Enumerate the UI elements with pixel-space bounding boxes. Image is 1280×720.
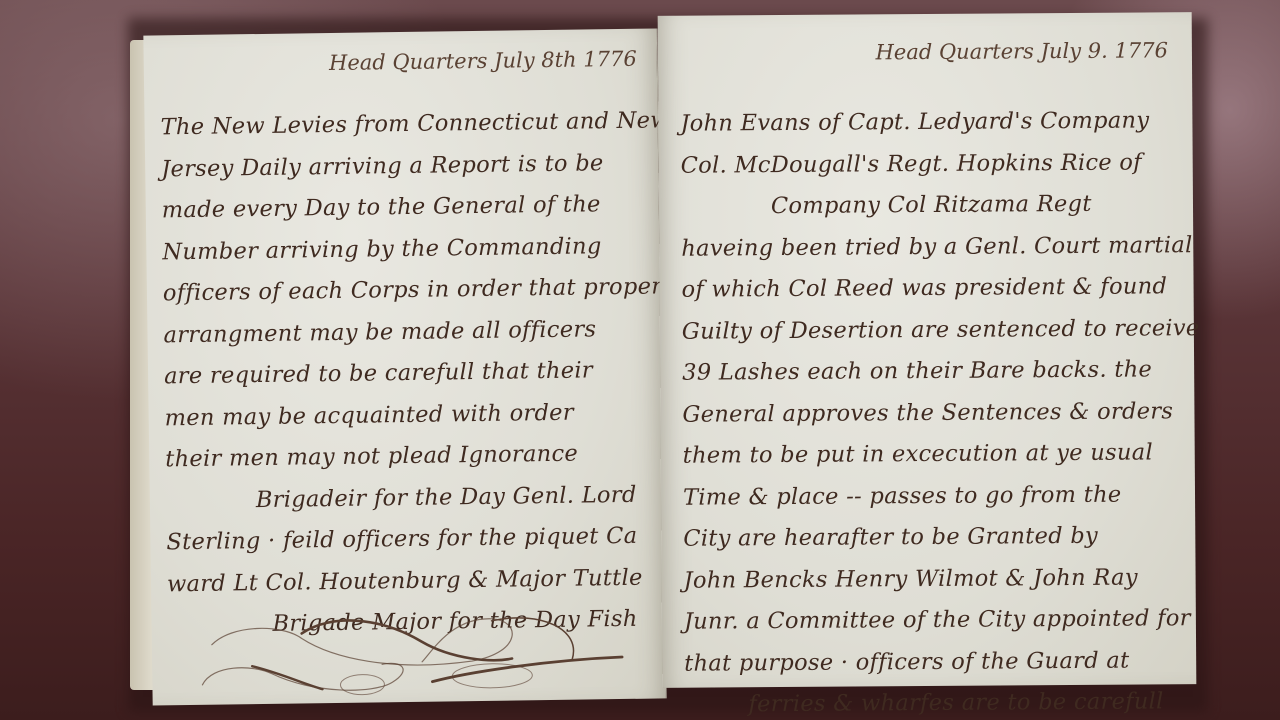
- text-line: officers of each Corps in order that pro…: [163, 266, 661, 314]
- text-line: Junr. a Committee of the City appointed …: [684, 598, 1196, 643]
- text-line: their men may not plead Ignorance: [165, 432, 663, 480]
- text-line: Col. McDougall's Regt. Hopkins Rice of: [681, 142, 1193, 187]
- text-line: haveing been tried by a Genl. Court mart…: [681, 225, 1193, 270]
- text-line: made every Day to the General of the: [162, 183, 660, 231]
- text-line: City are hearafter to be Granted by: [683, 515, 1195, 560]
- text-line: ward Lt Col. Houtenburg & Major Tuttle: [167, 557, 665, 605]
- text-line: of which Col Reed was president & found: [681, 266, 1193, 311]
- text-line: arrangment may be made all officers: [163, 308, 661, 356]
- text-line: 39 Lashes each on their Bare backs. the: [682, 349, 1194, 394]
- text-line: General approves the Sentences & orders: [682, 391, 1194, 436]
- text-line: John Evans of Capt. Ledyard's Company: [680, 100, 1192, 145]
- text-line: them to be put in excecution at ye usual: [683, 432, 1195, 477]
- text-line: Company Col Ritzama Regt: [681, 183, 1193, 228]
- left-page: Head Quarters July 8th 1776 The New Levi…: [143, 28, 666, 705]
- text-line: John Bencks Henry Wilmot & John Ray: [683, 557, 1195, 602]
- left-page-heading: Head Quarters July 8th 1776: [329, 47, 637, 75]
- text-line: men may be acquainted with order: [164, 391, 662, 439]
- pen-flourish-decoration: [191, 599, 652, 705]
- text-line: Guilty of Desertion are sentenced to rec…: [682, 308, 1194, 353]
- left-page-text: The New Levies from Connecticut and New …: [144, 100, 664, 647]
- text-line: Jersey Daily arriving a Report is to be: [161, 142, 659, 190]
- text-line: Number arriving by the Commanding: [162, 225, 660, 273]
- text-line: Brigadeir for the Day Genl. Lord: [166, 474, 664, 522]
- text-line: that purpose · officers of the Guard at: [684, 640, 1196, 685]
- text-line: are required to be carefull that their: [164, 349, 662, 397]
- right-page-text: John Evans of Capt. Ledyard's Company Co…: [658, 100, 1196, 720]
- right-page-heading: Head Quarters July 9. 1776: [875, 38, 1168, 64]
- text-line: Time & place -- passes to go from the: [683, 474, 1195, 519]
- right-page: Head Quarters July 9. 1776 John Evans of…: [658, 12, 1197, 688]
- text-line: Sterling · feild officers for the piquet…: [166, 515, 664, 563]
- text-line: The New Levies from Connecticut and New: [160, 100, 658, 148]
- text-line: ferries & wharfes are to be carefull: [684, 681, 1196, 720]
